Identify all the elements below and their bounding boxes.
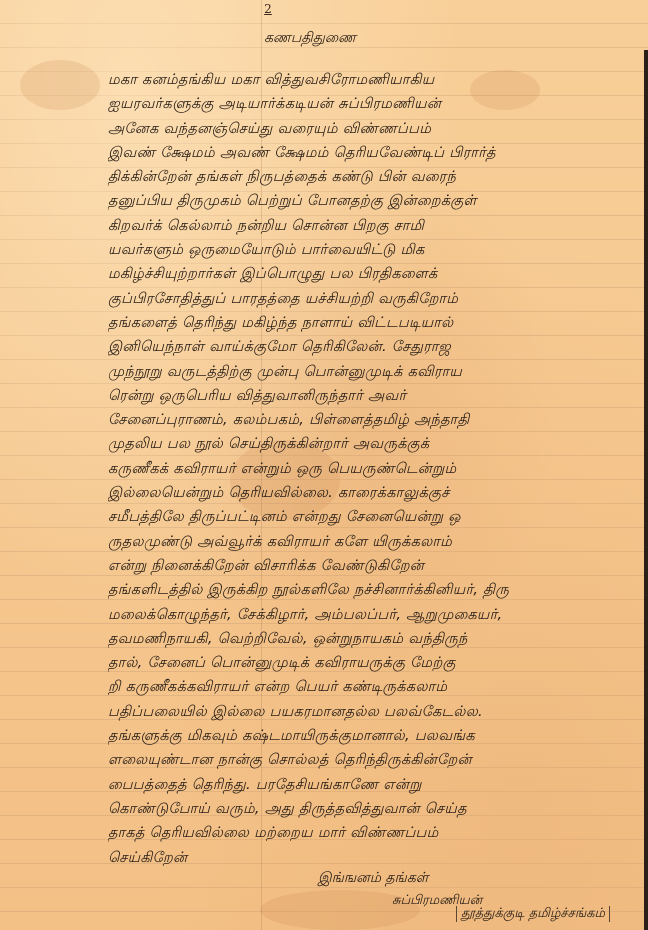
page-edge-shadow <box>644 50 648 930</box>
body-line: ருதலமுண்டு அவ்வூர்க் கவிராயர் களே யிருக்… <box>108 530 638 554</box>
body-line: இல்லையென்றும் தெரியவில்லை. காரைக்காலுக்க… <box>108 481 638 505</box>
body-line: கிறவர்க் கெல்லாம் நன்றிய சொன்ன பிறகு சாம… <box>108 214 638 238</box>
body-line: சமீபத்திலே திருப்பட்டினம் என்றது சேனையென… <box>108 505 638 529</box>
body-line: முந்நூறு வருடத்திற்கு முன்பு பொன்னுமுடிக… <box>108 360 638 384</box>
body-line: திக்கின்றேன் தங்கள் நிருபத்தைக் கண்டு பி… <box>108 165 638 189</box>
body-line: இவண் க்ஷேமம் அவண் க்ஷேமம் தெரியவேண்டிப் … <box>108 141 638 165</box>
body-line: யவர்களும் ஒருமையோடும் பார்வையிட்டு மிக <box>108 238 638 262</box>
body-line: தங்களிடத்தில் இருக்கிற நூல்களிலே நச்சினா… <box>108 578 638 602</box>
body-line: கருணீகக் கவிராயர் என்றும் ஒரு பெயருண்டென… <box>108 457 638 481</box>
body-line: இனியெந்நாள் வாய்க்குமோ தெரிகிலேன். சேதுர… <box>108 335 638 359</box>
body-line: என்று நினைக்கிறேன் விசாரிக்க வேண்டுகிறேன… <box>108 554 638 578</box>
letter-page: 2 கணபதிதுணை மகா கனம்தங்கிய மகா வித்துவசி… <box>0 0 648 930</box>
body-line: பதிப்பலையில் இல்லை பயகரமானதல்ல பலவ்கேடல்… <box>108 700 638 724</box>
body-line: செய்கிறேன் <box>108 846 638 870</box>
body-line: ளலையுண்டான நான்கு சொல்லத் தெரிந்திருக்கி… <box>108 748 638 772</box>
body-line: குப்பிரசோதித்துப் பாரதத்தை யச்சியற்றி வர… <box>108 287 638 311</box>
body-line: றி கருணீகக்கவிராயர் என்ற பெயர் கண்டிருக்… <box>108 675 638 699</box>
body-line: ரென்று ஒருபெரிய வித்துவானிருந்தார் அவர் <box>108 384 638 408</box>
body-line: தங்களுக்கு மிகவும் கஷ்டமாயிருக்குமானால்,… <box>108 724 638 748</box>
body-line: கொண்டுபோய் வரும், அது திருத்தவித்துவான் … <box>108 797 638 821</box>
body-line: மலைக்கொழுந்தர், சேக்கிழார், அம்பலப்பர், … <box>108 603 638 627</box>
body-line: தனுப்பிய திருமுகம் பெற்றுப் போனதற்கு இன்… <box>108 189 638 213</box>
body-line: அனேக வந்தனஞ்செய்து வரையும் விண்ணப்பம் <box>108 117 638 141</box>
body-line: மகிழ்ச்சியுற்றார்கள் இப்பொழுது பல பிரதிக… <box>108 262 638 286</box>
body-line: தாகத் தெரியவில்லை மற்றைய மார் விண்ணப்பம் <box>108 821 638 845</box>
body-line: பைபத்தைத் தெரிந்து. பரதேசியங்காணே என்று <box>108 773 638 797</box>
page-number: 2 <box>258 2 278 16</box>
body-line: சேனைப்புராணம், கலம்பகம், பிள்ளைத்தமிழ் அ… <box>108 408 638 432</box>
letter-heading: கணபதிதுணை <box>200 30 420 48</box>
letter-body: மகா கனம்தங்கிய மகா வித்துவசிரோமணியாகிய ஐ… <box>108 68 638 870</box>
body-line: தவமணிநாயகி, வெற்றிவேல், ஒன்றுநாயகம் வந்த… <box>108 627 638 651</box>
body-line: ஐயரவர்களுக்கு அடியார்க்கடியன் சுப்பிரமணி… <box>108 92 638 116</box>
letter-closing: இங்ஙனம் தங்கள் <box>318 870 428 888</box>
paper-stain <box>20 60 100 110</box>
body-line: மகா கனம்தங்கிய மகா வித்துவசிரோமணியாகிய <box>108 68 638 92</box>
body-line: தால், சேனைப் பொன்னுமுடிக் கவிராயருக்கு ம… <box>108 651 638 675</box>
body-line: முதலிய பல நூல் செய்திருக்கின்றார் அவருக்… <box>108 432 638 456</box>
body-line: தங்களைத் தெரிந்து மகிழ்ந்த நாளாய் விட்டப… <box>108 311 638 335</box>
sender-address: தூத்துக்குடி தமிழ்ச்சங்கம் <box>456 906 610 922</box>
